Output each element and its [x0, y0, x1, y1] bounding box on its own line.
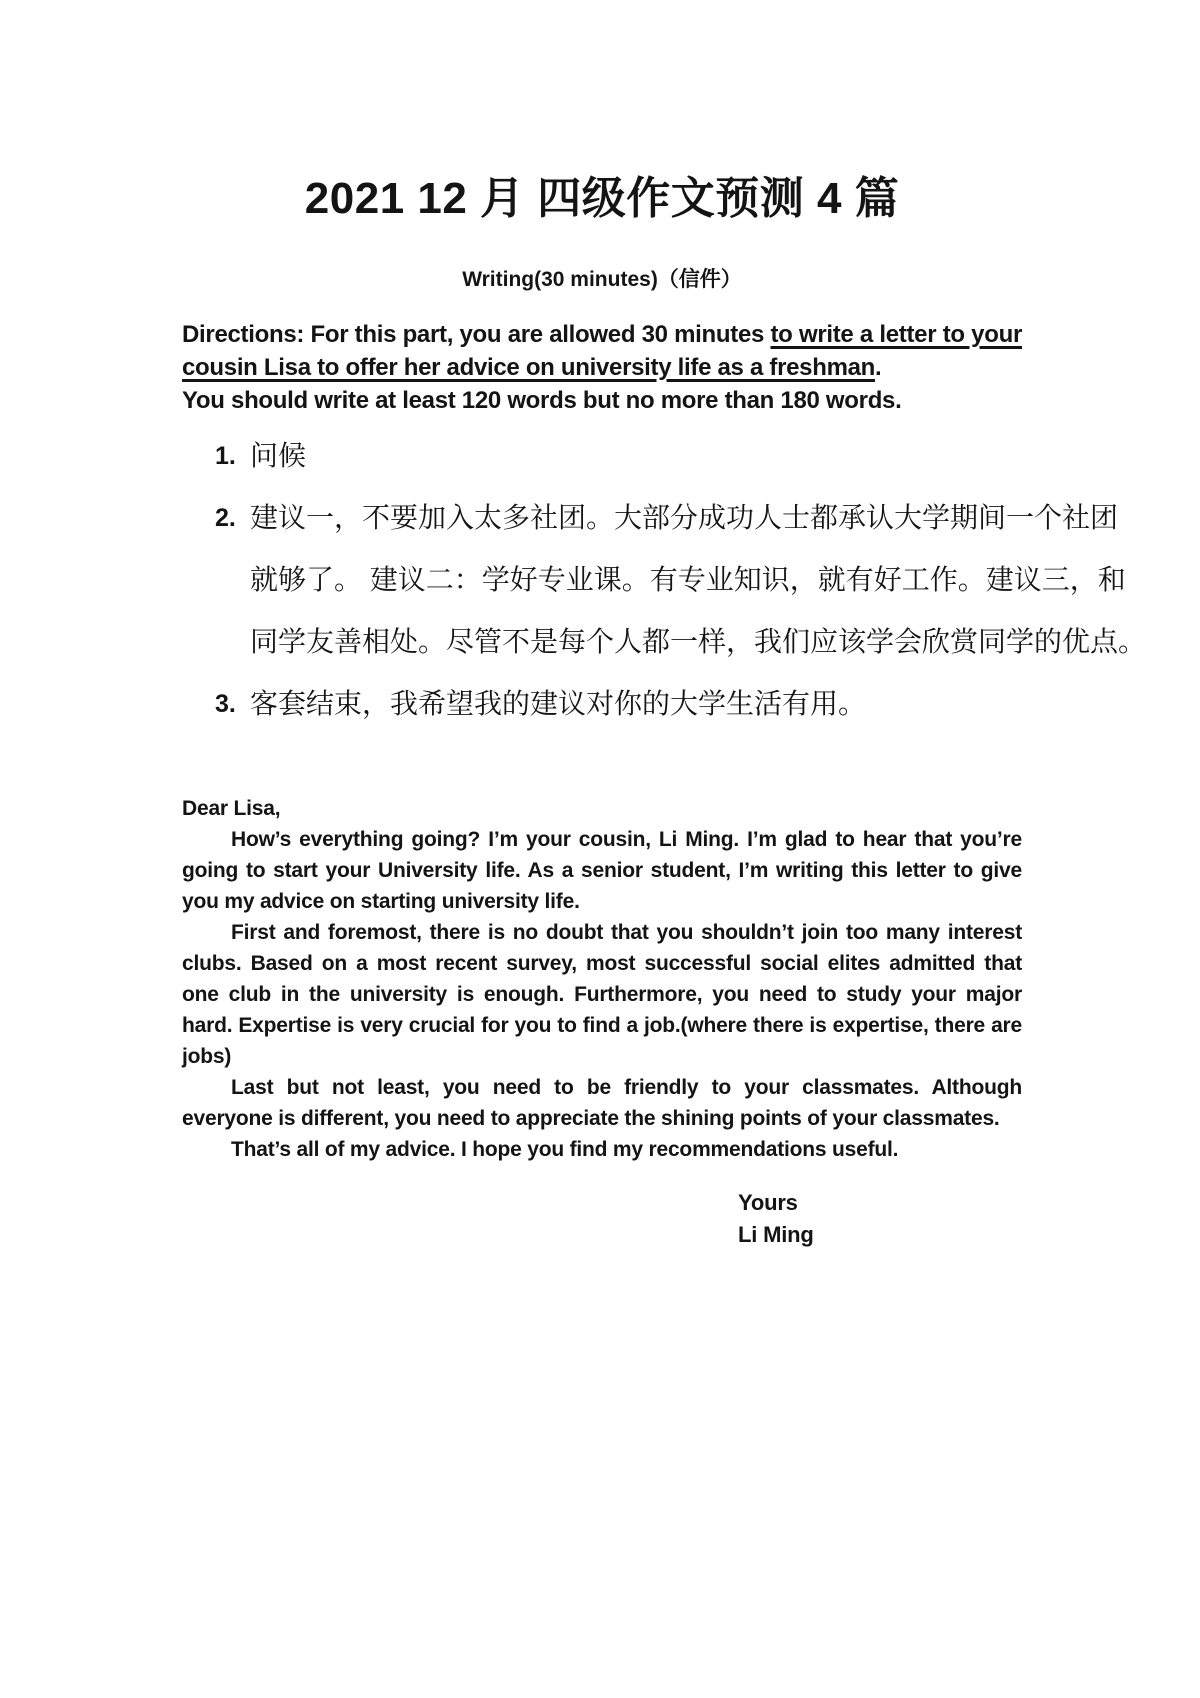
letter-paragraph: First and foremost, there is no doubt th…	[182, 917, 1022, 1072]
word-count-requirement: You should write at least 120 words but …	[182, 384, 1022, 417]
list-item-text: 问候	[250, 425, 1022, 487]
directions-suffix: .	[875, 354, 881, 381]
letter-paragraph: Last but not least, you need to be frien…	[182, 1072, 1022, 1134]
document-page: 2021 12 月 四级作文预测 4 篇 Writing(30 minutes)…	[0, 0, 1200, 1698]
list-item-line: 问候	[250, 425, 1022, 487]
list-item: 3. 客套结束，我希望我的建议对你的大学生活有用。	[182, 673, 1022, 735]
document-title: 2021 12 月 四级作文预测 4 篇	[182, 168, 1022, 230]
document-content: 2021 12 月 四级作文预测 4 篇 Writing(30 minutes)…	[0, 168, 1200, 1251]
list-item-number: 3.	[215, 673, 250, 735]
document-subtitle: Writing(30 minutes)（信件）	[182, 266, 1022, 294]
list-item: 1. 问候	[182, 425, 1022, 487]
list-item: 2. 建议一，不要加入太多社团。大部分成功人士都承认大学期间一个社团 就够了。 …	[182, 487, 1022, 673]
sample-letter: Dear Lisa, How’s everything going? I’m y…	[182, 793, 1022, 1165]
list-item-line: 同学友善相处。尽管不是每个人都一样，我们应该学会欣赏同学的优点。	[250, 611, 1146, 673]
list-item-text: 建议一，不要加入太多社团。大部分成功人士都承认大学期间一个社团 就够了。 建议二…	[250, 487, 1146, 673]
letter-paragraph: How’s everything going? I’m your cousin,…	[182, 824, 1022, 917]
list-item-number: 1.	[215, 425, 250, 487]
list-item-line: 建议一，不要加入太多社团。大部分成功人士都承认大学期间一个社团	[250, 487, 1146, 549]
list-item-line: 客套结束，我希望我的建议对你的大学生活有用。	[250, 673, 1022, 735]
list-item-text: 客套结束，我希望我的建议对你的大学生活有用。	[250, 673, 1022, 735]
letter-closing-block: Yours Li Ming	[738, 1187, 1022, 1251]
directions-paragraph: Directions: For this part, you are allow…	[182, 318, 1022, 384]
letter-salutation: Dear Lisa,	[182, 793, 1022, 824]
list-item-line: 就够了。 建议二：学好专业课。有专业知识，就有好工作。建议三，和	[250, 549, 1146, 611]
directions-prefix: Directions: For this part, you are allow…	[182, 321, 770, 348]
letter-signature: Li Ming	[738, 1219, 1022, 1251]
letter-closing: Yours	[738, 1187, 1022, 1219]
letter-paragraph: That’s all of my advice. I hope you find…	[182, 1134, 1022, 1165]
list-item-number: 2.	[215, 487, 250, 549]
outline-list: 1. 问候 2. 建议一，不要加入太多社团。大部分成功人士都承认大学期间一个社团…	[182, 425, 1022, 735]
